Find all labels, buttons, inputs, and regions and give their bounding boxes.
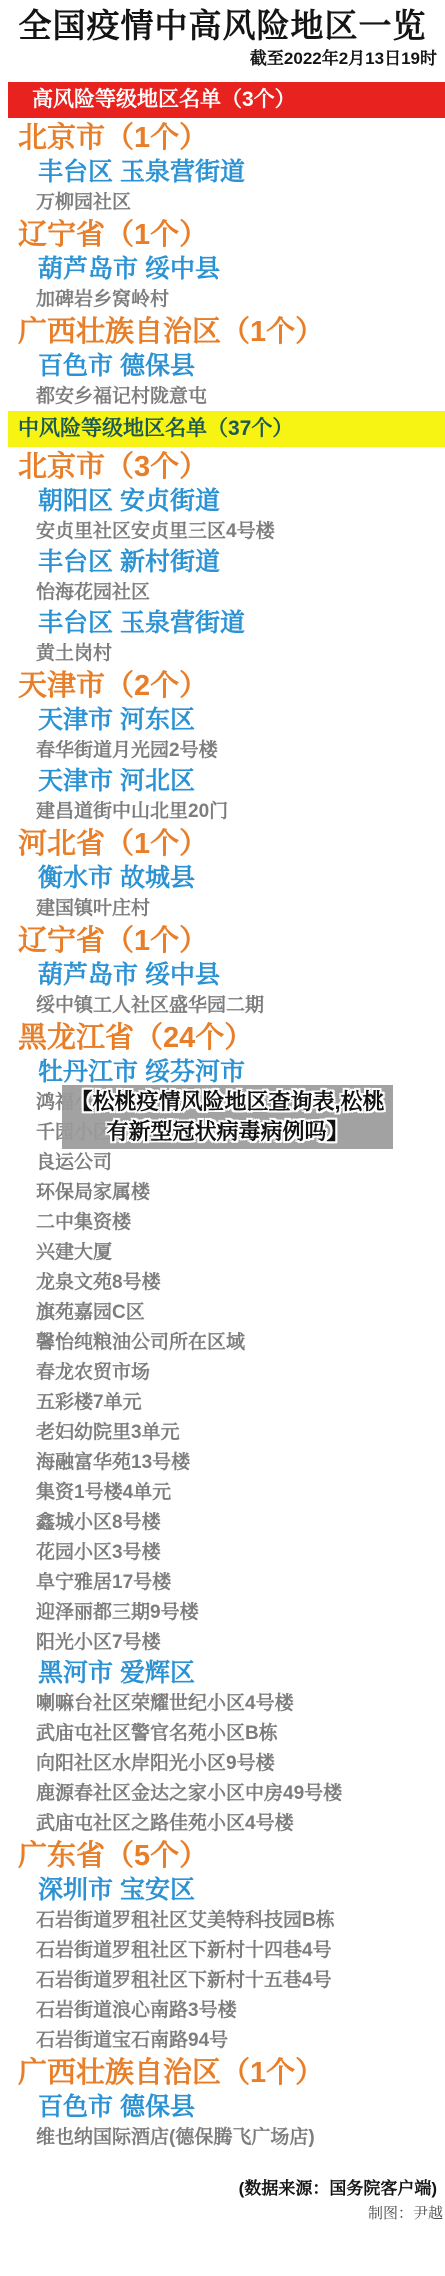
city-district-row: 丰台区 玉泉营街道 xyxy=(0,159,445,185)
venue-row: 环保局家属楼 xyxy=(0,1181,445,1205)
venue-row: 石岩街道罗租社区下新村十四巷4号 xyxy=(0,1939,445,1963)
page-title: 全国疫情中高风险地区一览 xyxy=(0,6,445,46)
province-row: 北京市（3个） xyxy=(0,451,445,483)
venue-row: 阜宁雅居17号楼 xyxy=(0,1571,445,1595)
city-district-row: 牡丹江市 绥芬河市 xyxy=(0,1059,445,1085)
venue-row: 万柳园社区 xyxy=(0,191,445,215)
data-source-note: (数据来源：国务院客户端) xyxy=(0,2178,445,2200)
venue-row: 馨怡纯粮油公司所在区域 xyxy=(0,1331,445,1355)
city-district-row: 天津市 河北区 xyxy=(0,768,445,794)
venue-row: 石岩街道浪心南路3号楼 xyxy=(0,1999,445,2023)
venue-row: 旗苑嘉园C区 xyxy=(0,1301,445,1325)
province-row: 广西壮族自治区（1个） xyxy=(0,316,445,348)
city-district-row: 百色市 德保县 xyxy=(0,353,445,379)
venue-row: 喇嘛台社区荣耀世纪小区4号楼 xyxy=(0,1692,445,1716)
city-district-row: 葫芦岛市 绥中县 xyxy=(0,962,445,988)
city-district-row: 葫芦岛市 绥中县 xyxy=(0,256,445,282)
city-district-row: 丰台区 玉泉营街道 xyxy=(0,610,445,636)
credit-note: 制图：尹越 xyxy=(0,2204,445,2224)
city-district-row: 天津市 河东区 xyxy=(0,707,445,733)
venue-row: 花园小区3号楼 xyxy=(0,1541,445,1565)
city-district-row: 衡水市 故城县 xyxy=(0,865,445,891)
risk-level-banner-medium: 中风险等级地区名单（37个） xyxy=(8,411,445,447)
venue-row: 都安乡福记村陇意屯 xyxy=(0,385,445,409)
city-district-row: 丰台区 新村街道 xyxy=(0,549,445,575)
venue-row: 绥中镇工人社区盛华园二期 xyxy=(0,994,445,1018)
venue-row: 春龙农贸市场 xyxy=(0,1361,445,1385)
venue-row: 二中集资楼 xyxy=(0,1211,445,1235)
province-row: 辽宁省（1个） xyxy=(0,925,445,957)
province-row: 河北省（1个） xyxy=(0,828,445,860)
venue-row: 海融富华苑13号楼 xyxy=(0,1451,445,1475)
province-row: 辽宁省（1个） xyxy=(0,219,445,251)
venue-row: 黄土岗村 xyxy=(0,642,445,666)
province-row: 天津市（2个） xyxy=(0,670,445,702)
venue-row: 建国镇叶庄村 xyxy=(0,897,445,921)
venue-row: 龙泉文苑8号楼 xyxy=(0,1271,445,1295)
city-district-row: 百色市 德保县 xyxy=(0,2094,445,2120)
venue-row: 集资1号楼4单元 xyxy=(0,1481,445,1505)
city-district-row: 朝阳区 安贞街道 xyxy=(0,488,445,514)
venue-row: 向阳社区水岸阳光小区9号楼 xyxy=(0,1752,445,1776)
risk-level-banner-high: 高风险等级地区名单（3个） xyxy=(8,82,445,118)
city-district-row: 黑河市 爱辉区 xyxy=(0,1660,445,1686)
watermark-line-1: 【松桃疫情风险地区查询表,松桃 xyxy=(70,1087,384,1117)
venue-row: 兴建大厦 xyxy=(0,1241,445,1265)
venue-row: 阳光小区7号楼 xyxy=(0,1631,445,1655)
venue-row: 石岩街道罗租社区下新村十五巷4号 xyxy=(0,1969,445,1993)
venue-row: 良运公司 xyxy=(0,1151,445,1175)
venue-row: 武庙屯社区警官名苑小区B栋 xyxy=(0,1722,445,1746)
venue-row: 建昌道街中山北里20门 xyxy=(0,800,445,824)
province-row: 北京市（1个） xyxy=(0,122,445,154)
venue-row: 安贞里社区安贞里三区4号楼 xyxy=(0,520,445,544)
venue-row: 春华街道月光园2号楼 xyxy=(0,739,445,763)
province-row: 广西壮族自治区（1个） xyxy=(0,2057,445,2089)
watermark-overlay: 【松桃疫情风险地区查询表,松桃 有新型冠状病毒病例吗】 xyxy=(62,1085,393,1149)
venue-row: 迎泽丽都三期9号楼 xyxy=(0,1601,445,1625)
venue-row: 五彩楼7单元 xyxy=(0,1391,445,1415)
venue-row: 加碑岩乡窝岭村 xyxy=(0,288,445,312)
venue-row: 怡海花园社区 xyxy=(0,581,445,605)
risk-area-infographic: 全国疫情中高风险地区一览 截至2022年2月13日19时 高风险等级地区名单（3… xyxy=(0,6,445,2276)
venue-row: 石岩街道罗租社区艾美特科技园B栋 xyxy=(0,1909,445,1933)
venue-row: 鑫城小区8号楼 xyxy=(0,1511,445,1535)
province-row: 广东省（5个） xyxy=(0,1840,445,1872)
as-of-date: 截至2022年2月13日19时 xyxy=(0,48,445,70)
venue-row: 老妇幼院里3单元 xyxy=(0,1421,445,1445)
venue-row: 石岩街道宝石南路94号 xyxy=(0,2029,445,2053)
venue-row: 武庙屯社区之路佳苑小区4号楼 xyxy=(0,1812,445,1836)
venue-row: 鹿源春社区金达之家小区中房49号楼 xyxy=(0,1782,445,1806)
city-district-row: 深圳市 宝安区 xyxy=(0,1877,445,1903)
province-row: 黑龙江省（24个） xyxy=(0,1022,445,1054)
watermark-line-2: 有新型冠状病毒病例吗】 xyxy=(106,1117,348,1147)
venue-row: 维也纳国际酒店(德保腾飞广场店) xyxy=(0,2126,445,2150)
